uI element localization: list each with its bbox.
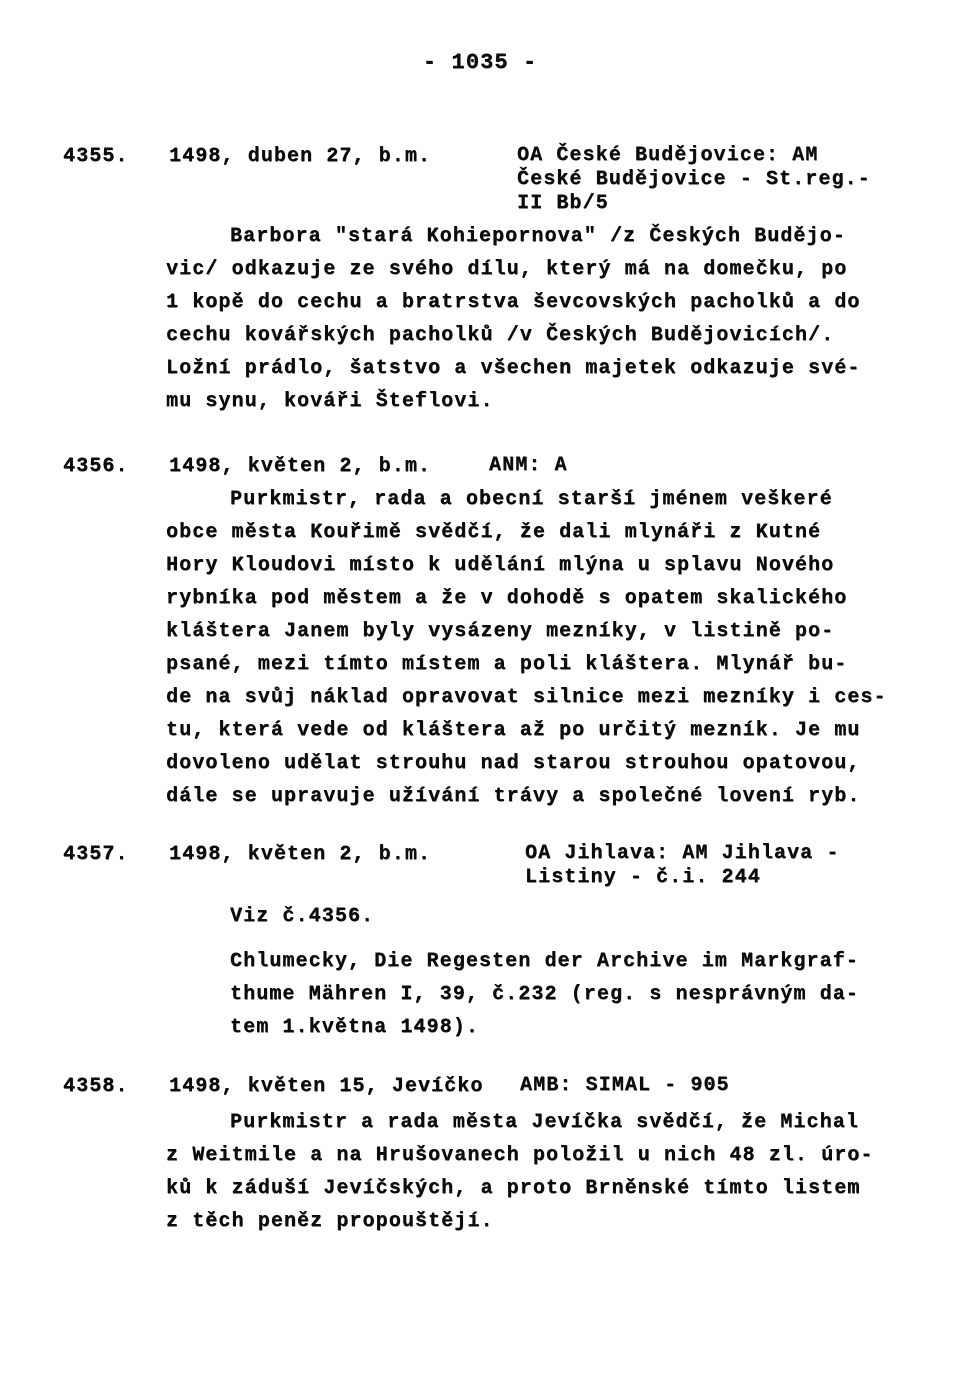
body-line: psané, mezi tímto místem a poli kláštera… xyxy=(166,648,887,681)
archive-line: Listiny - č.i. 244 xyxy=(525,866,839,890)
body-line: Purkmistr a rada města Jevíčka svědčí, ž… xyxy=(166,1106,874,1139)
body-line: mu synu, kováři Šteflovi. xyxy=(166,385,860,418)
literature-citation: Chlumecky, Die Regesten der Archive im M… xyxy=(166,945,859,1044)
body-line: z těch peněz propouštějí. xyxy=(166,1205,874,1238)
entry-body: Purkmistr a rada města Jevíčka svědčí, ž… xyxy=(166,1106,874,1238)
entry-date: 1498, květen 2, b.m. xyxy=(169,455,431,478)
regesta-entry-4355: 4355. 1498, duben 27, b.m. OA České Budě… xyxy=(0,145,960,146)
entry-number: 4357. xyxy=(63,843,129,866)
body-line: Barbora "stará Kohiepornova" /z Českých … xyxy=(166,220,860,253)
body-line: de na svůj náklad opravovat silnice mezi… xyxy=(166,681,887,714)
archive-line: OA Jihlava: AM Jihlava - xyxy=(525,842,839,866)
cross-reference-note: Viz č.4356. xyxy=(166,900,374,933)
body-line: dovoleno udělat strouhu nad starou strou… xyxy=(166,747,887,780)
archive-reference: OA České Budějovice: AM České Budějovice… xyxy=(517,144,871,216)
regesta-entry-4357: 4357. 1498, květen 2, b.m. OA Jihlava: A… xyxy=(0,843,960,844)
body-line: ků k záduší Jevíčských, a proto Brněnské… xyxy=(166,1172,874,1205)
body-line: obce města Kouřimě svědčí, že dali mlyná… xyxy=(166,516,887,549)
entry-body: Barbora "stará Kohiepornova" /z Českých … xyxy=(166,220,860,418)
archive-line: AMB: SIMAL - 905 xyxy=(520,1074,730,1098)
body-line: tem 1.května 1498). xyxy=(166,1011,859,1044)
archive-line: ANM: A xyxy=(489,454,568,478)
entry-number: 4358. xyxy=(63,1075,129,1098)
body-line: Purkmistr, rada a obecní starší jménem v… xyxy=(166,483,887,516)
page-number: - 1035 - xyxy=(0,50,960,75)
entry-date: 1498, duben 27, b.m. xyxy=(169,145,431,168)
body-line: tu, která vede od kláštera až po určitý … xyxy=(166,714,887,747)
entry-number: 4356. xyxy=(63,455,129,478)
document-page: - 1035 - 4355. 1498, duben 27, b.m. OA Č… xyxy=(0,0,960,1383)
archive-reference: ANM: A xyxy=(489,454,568,478)
body-line: rybníka pod městem a že v dohodě s opate… xyxy=(166,582,887,615)
regesta-entry-4356: 4356. 1498, květen 2, b.m. ANM: A Purkmi… xyxy=(0,455,960,456)
body-line: z Weitmile a na Hrušovanech položil u ni… xyxy=(166,1139,874,1172)
body-line: Ložní prádlo, šatstvo a všechen majetek … xyxy=(166,352,860,385)
body-line: dále se upravuje užívání trávy a společn… xyxy=(166,780,887,813)
archive-line: II Bb/5 xyxy=(517,192,871,216)
body-line: 1 kopě do cechu a bratrstva ševcovských … xyxy=(166,286,860,319)
body-line: kláštera Janem byly vysázeny mezníky, v … xyxy=(166,615,887,648)
entry-date: 1498, květen 2, b.m. xyxy=(169,843,431,866)
archive-reference: OA Jihlava: AM Jihlava - Listiny - č.i. … xyxy=(525,842,839,890)
regesta-entry-4358: 4358. 1498, květen 15, Jevíčko AMB: SIMA… xyxy=(0,1075,960,1076)
body-line: vic/ odkazuje ze svého dílu, který má na… xyxy=(166,253,860,286)
entry-date: 1498, květen 15, Jevíčko xyxy=(169,1075,483,1098)
entry-body: Purkmistr, rada a obecní starší jménem v… xyxy=(166,483,887,813)
archive-line: OA České Budějovice: AM xyxy=(517,144,871,168)
archive-reference: AMB: SIMAL - 905 xyxy=(520,1074,730,1098)
body-line: Chlumecky, Die Regesten der Archive im M… xyxy=(166,945,859,978)
body-line: Hory Kloudovi místo k udělání mlýna u sp… xyxy=(166,549,887,582)
body-line: Viz č.4356. xyxy=(166,900,374,933)
body-line: cechu kovářských pacholků /v Českých Bud… xyxy=(166,319,860,352)
entry-number: 4355. xyxy=(63,145,129,168)
archive-line: České Budějovice - St.reg.- xyxy=(517,168,871,192)
body-line: thume Mähren I, 39, č.232 (reg. s nesprá… xyxy=(166,978,859,1011)
